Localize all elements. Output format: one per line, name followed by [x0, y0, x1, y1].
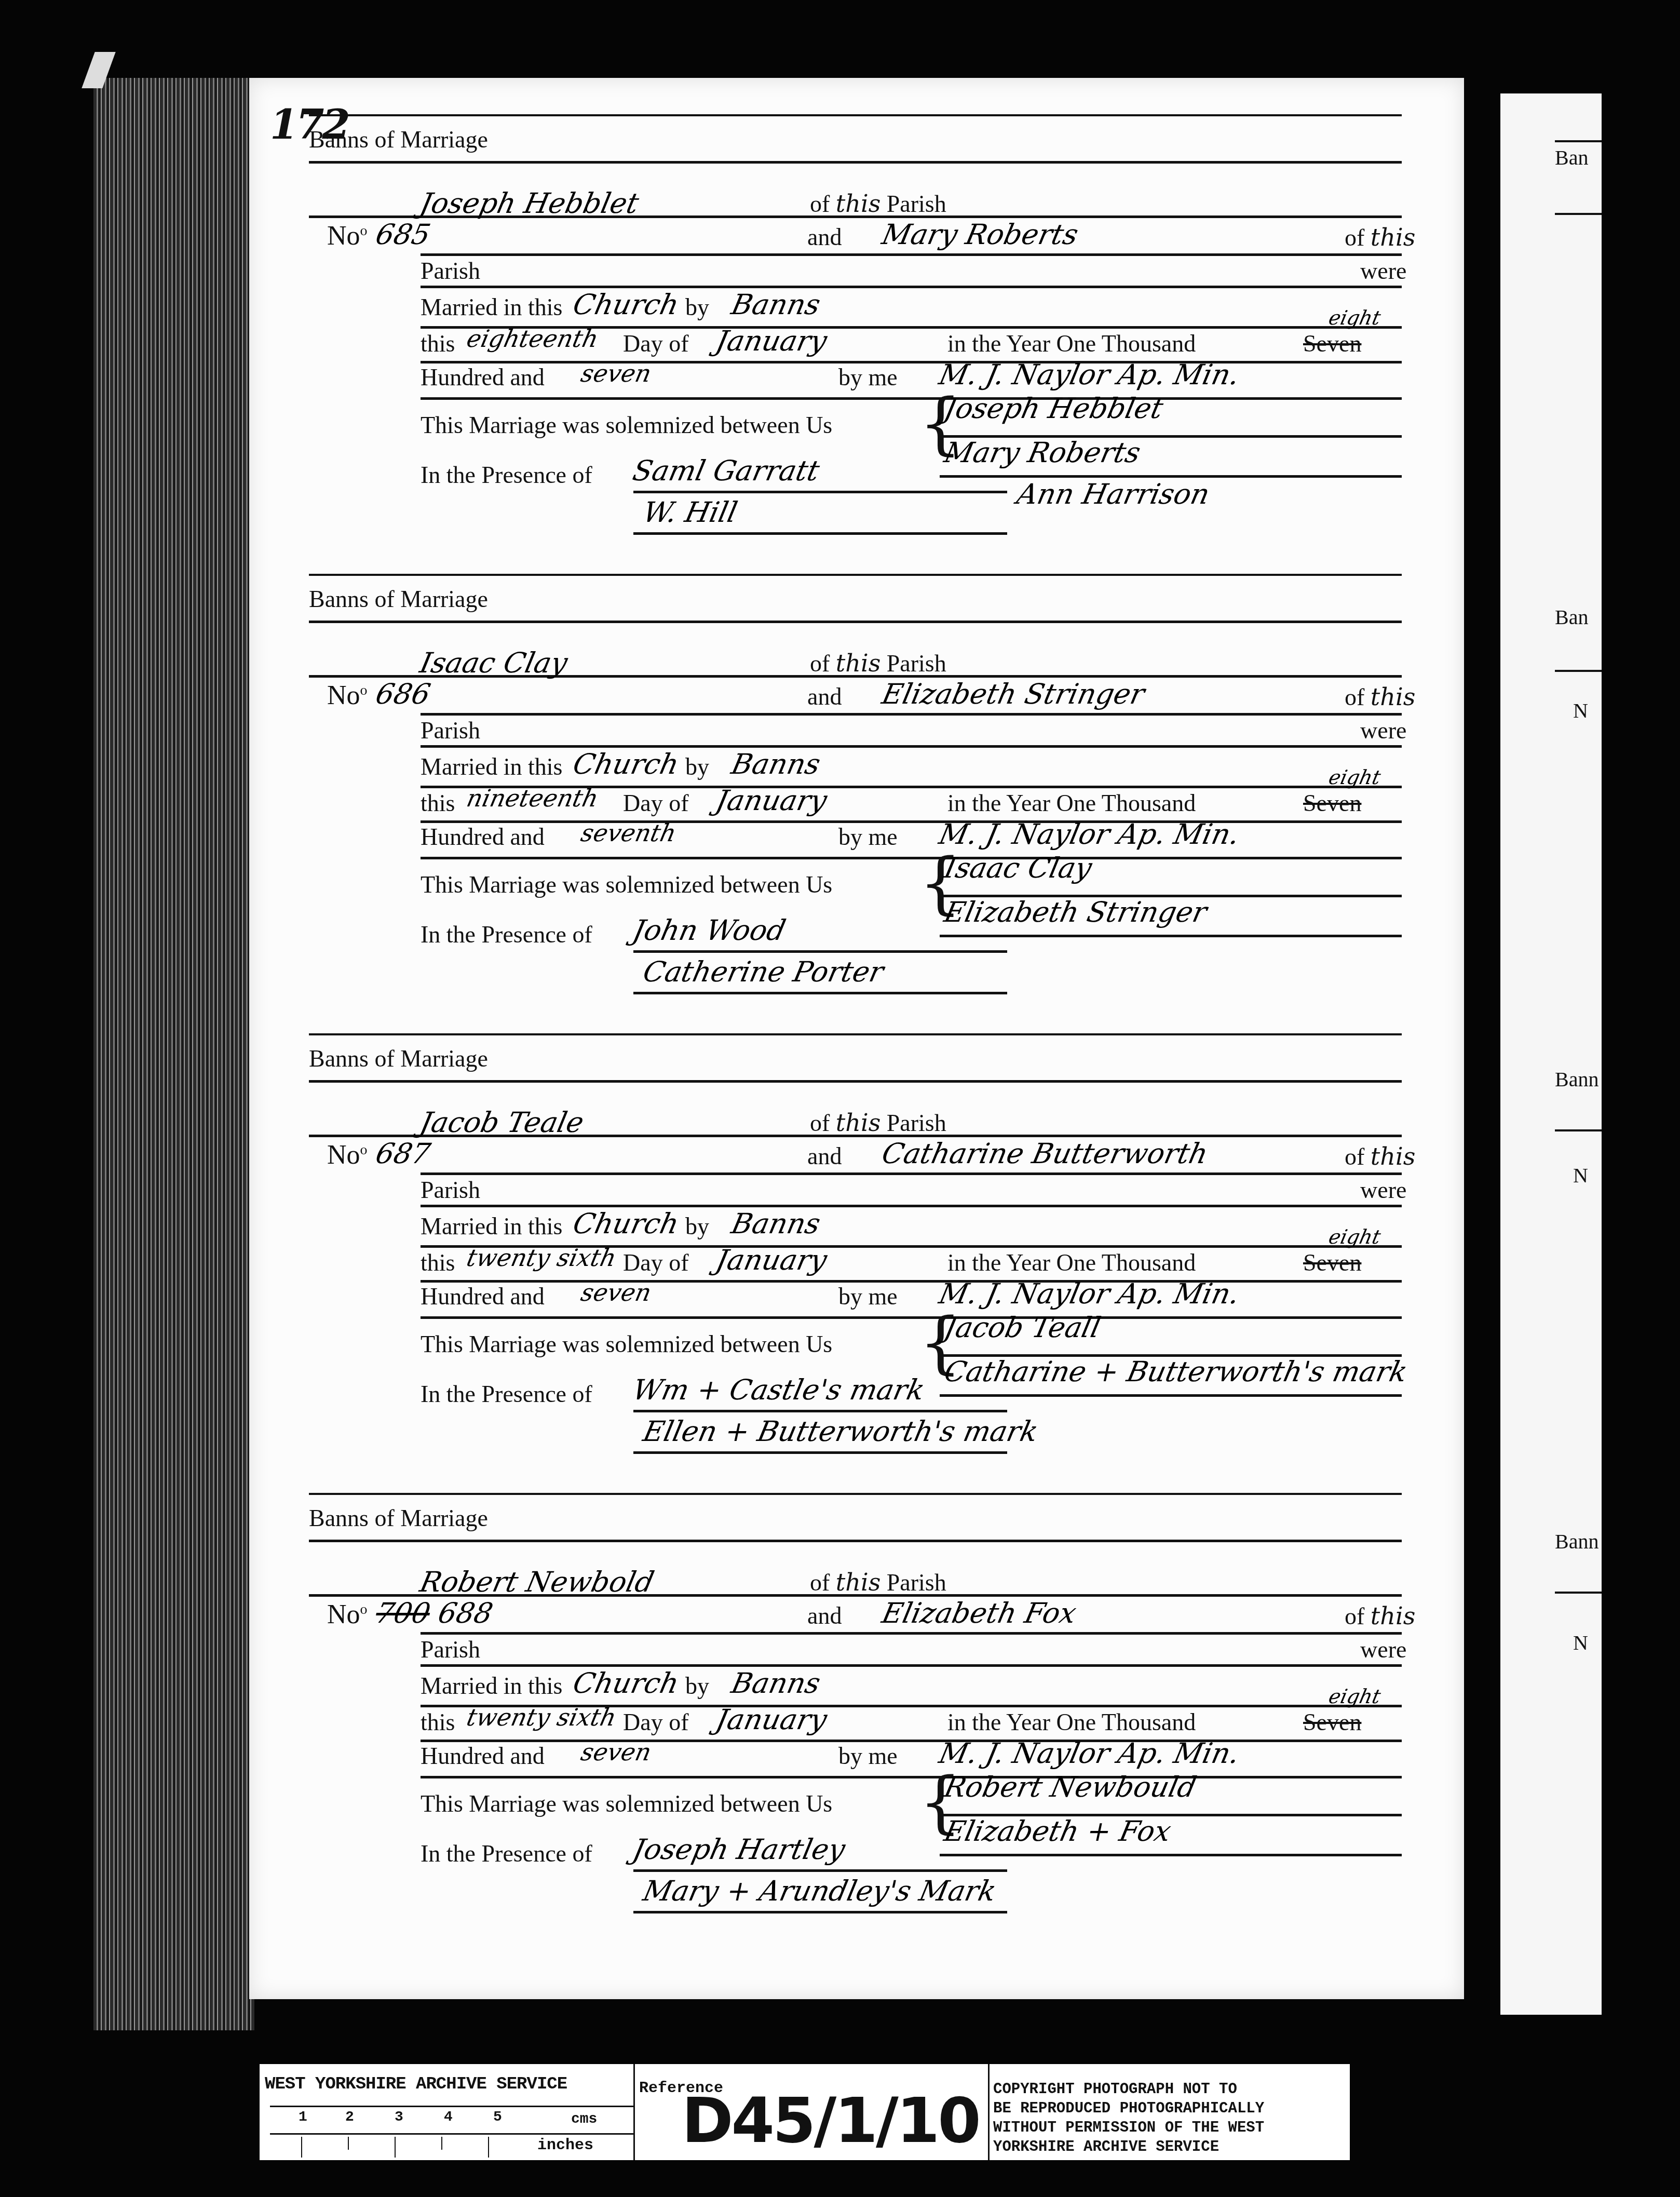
bride-of-label: of this [1345, 683, 1415, 711]
adjacent-no: N [1573, 1630, 1588, 1655]
bride-of-label: of this [1345, 1142, 1415, 1170]
by-label: by [685, 1212, 709, 1240]
entry-number: 686 [373, 678, 433, 710]
rule [940, 1394, 1402, 1397]
year-century-struck: Seven [1303, 1249, 1361, 1276]
number-label: Noo [327, 1140, 368, 1170]
parish-label: Parish [421, 257, 480, 285]
minister: M. J. Naylor Ap. Min. [936, 1277, 1242, 1310]
married-in-label: Married in this [421, 1212, 562, 1240]
number-label: Noo [327, 1599, 368, 1630]
solemnized-label: This Marriage was solemnized between Us [421, 411, 832, 439]
and-label: and [807, 223, 842, 251]
day-of-label: Day of [623, 330, 688, 357]
place: Church [570, 1207, 682, 1240]
year-label: in the Year One Thousand [947, 789, 1196, 817]
of-parish-label: of this Parish [810, 190, 946, 218]
year-century: eight [1326, 1225, 1383, 1248]
rule [421, 745, 1402, 748]
adjacent-heading: Ban [1555, 605, 1588, 629]
rule [633, 491, 1007, 493]
by-me-label: by me [838, 1283, 898, 1310]
witness-3: Ann Harrison [1014, 478, 1212, 510]
day: twenty sixth [464, 1244, 619, 1272]
rule [309, 1080, 1402, 1083]
rule [309, 621, 1402, 623]
rule [633, 992, 1007, 994]
bride-name: Elizabeth Stringer [879, 678, 1147, 710]
day: eighteenth [464, 325, 601, 353]
adjacent-no: N [1573, 1163, 1588, 1188]
and-label: and [807, 683, 842, 710]
by-label: by [685, 293, 709, 321]
copyright-notice: COPYRIGHT PHOTOGRAPH NOT TO BE REPRODUCE… [993, 2080, 1264, 2156]
married-in-label: Married in this [421, 753, 562, 780]
adjacent-no: N [1573, 698, 1588, 723]
rule [633, 1869, 1007, 1872]
minister: M. J. Naylor Ap. Min. [936, 1737, 1242, 1770]
number-label: Noo [327, 221, 368, 251]
witness-2: Catherine Porter [640, 955, 886, 988]
and-label: and [807, 1142, 842, 1170]
year-century: eight [1326, 1685, 1383, 1708]
bride-signature: Mary Roberts [941, 436, 1143, 469]
rule [421, 286, 1402, 288]
rule [633, 1451, 1007, 1454]
archive-org: WEST YORKSHIRE ARCHIVE SERVICE [265, 2074, 567, 2094]
by-me-label: by me [838, 363, 898, 391]
solemnized-label: This Marriage was solemnized between Us [421, 871, 832, 898]
rule [421, 361, 1402, 363]
year-century: eight [1326, 766, 1383, 789]
bride-name: Catharine Butterworth [879, 1137, 1211, 1170]
marriage-entry: Banns of Marriage Joseph Hebblet of this… [249, 114, 1464, 561]
adjacent-heading: Bann [1555, 1067, 1598, 1091]
adjacent-heading: Bann [1555, 1529, 1598, 1554]
rule [421, 1632, 1402, 1635]
year-label: in the Year One Thousand [947, 330, 1196, 357]
minister: M. J. Naylor Ap. Min. [936, 358, 1242, 391]
entry-number: 700 688 [373, 1597, 496, 1629]
rule [421, 820, 1402, 823]
entry-number: 687 [373, 1137, 433, 1170]
inch-unit: inches [537, 2137, 593, 2154]
adjacent-heading: Ban [1555, 145, 1588, 170]
by-me-label: by me [838, 1742, 898, 1770]
day-of-label: Day of [623, 1708, 688, 1736]
solemnized-label: This Marriage was solemnized between Us [421, 1790, 832, 1817]
month: January [713, 1244, 830, 1276]
year-century-struck: Seven [1303, 330, 1361, 357]
hundred-label: Hundred and [421, 1742, 545, 1770]
year-rest: seven [578, 1738, 654, 1766]
by-label: by [685, 1672, 709, 1700]
year-century: eight [1326, 306, 1383, 329]
parish-label: Parish [421, 1636, 480, 1663]
reference-panel: Reference D45/1/10 [635, 2064, 990, 2160]
month: January [713, 1703, 830, 1736]
rule [421, 397, 1402, 400]
divider [309, 1033, 1402, 1035]
year-rest: seven [578, 1278, 654, 1306]
month: January [713, 325, 830, 357]
presence-label: In the Presence of [421, 1840, 592, 1867]
entry-heading: Banns of Marriage [309, 585, 488, 613]
bride-signature: Elizabeth + Fox [941, 1815, 1174, 1848]
day-of-label: Day of [623, 789, 688, 817]
this-label: this [421, 1249, 455, 1276]
cm-tick-label: 1 [299, 2109, 307, 2125]
rule [421, 713, 1402, 716]
hundred-label: Hundred and [421, 1283, 545, 1310]
hundred-label: Hundred and [421, 363, 545, 391]
hundred-label: Hundred and [421, 823, 545, 851]
rule [421, 1280, 1402, 1283]
archive-label: WEST YORKSHIRE ARCHIVE SERVICE 1 2 3 4 5… [260, 2064, 1350, 2160]
bride-name: Mary Roberts [879, 218, 1081, 251]
by-method: Banns [728, 1207, 823, 1240]
were-label: were [1360, 257, 1406, 285]
by-method: Banns [728, 748, 823, 780]
were-label: were [1360, 717, 1406, 744]
rule [421, 253, 1402, 256]
groom-signature: Jacob Teall [941, 1311, 1103, 1344]
bride-of-label: of this [1345, 223, 1415, 251]
rule [309, 161, 1402, 164]
year-rest: seventh [578, 819, 679, 847]
cm-tick-label: 4 [444, 2109, 453, 2125]
by-label: by [685, 753, 709, 780]
this-label: this [421, 330, 455, 357]
bride-signature: Catharine + Butterworth's mark [941, 1355, 1410, 1388]
groom-name: Jacob Teale [417, 1106, 587, 1139]
rule [940, 935, 1402, 937]
rule [633, 950, 1007, 953]
place: Church [570, 288, 682, 321]
witness-1: Joseph Hartley [630, 1833, 848, 1866]
of-parish-label: of this Parish [810, 649, 946, 677]
by-method: Banns [728, 288, 823, 321]
copyright-panel: COPYRIGHT PHOTOGRAPH NOT TO BE REPRODUCE… [989, 2064, 1347, 2160]
witness-2: Ellen + Butterworth's mark [640, 1415, 1041, 1448]
entry-heading: Banns of Marriage [309, 1045, 488, 1072]
cm-tick-label: 3 [395, 2109, 403, 2125]
rule [421, 1664, 1402, 1667]
bride-of-label: of this [1345, 1602, 1415, 1630]
parish-label: Parish [421, 1176, 480, 1204]
groom-name: Robert Newbold [417, 1566, 657, 1598]
marriage-entry: Banns of Marriage Jacob Teale of this Pa… [249, 1033, 1464, 1480]
cm-tick-label: 2 [345, 2109, 354, 2125]
rule [421, 1205, 1402, 1207]
rule [633, 1410, 1007, 1412]
married-in-label: Married in this [421, 1672, 562, 1700]
bride-signature: Elizabeth Stringer [941, 896, 1210, 928]
groom-signature: Joseph Hebblet [941, 392, 1166, 425]
witness-1: John Wood [630, 914, 789, 947]
were-label: were [1360, 1636, 1406, 1663]
witness-1: Saml Garratt [630, 454, 822, 487]
by-me-label: by me [838, 823, 898, 851]
day-of-label: Day of [623, 1249, 688, 1276]
cm-tick-label: 5 [493, 2109, 502, 2125]
month: January [713, 784, 830, 817]
witness-2: Mary + Arundley's Mark [640, 1875, 999, 1907]
book-spine [93, 78, 254, 2030]
bride-name: Elizabeth Fox [879, 1597, 1079, 1629]
year-label: in the Year One Thousand [947, 1708, 1196, 1736]
year-rest: seven [578, 359, 654, 387]
rule [421, 1776, 1402, 1778]
place: Church [570, 1667, 682, 1700]
day: twenty sixth [464, 1703, 619, 1731]
scale-panel: WEST YORKSHIRE ARCHIVE SERVICE 1 2 3 4 5… [260, 2064, 635, 2160]
entry-number: 685 [373, 218, 433, 251]
marriage-entry: Banns of Marriage Robert Newbold of this… [249, 1493, 1464, 1939]
witness-1: Wm + Castle's mark [630, 1373, 927, 1406]
rule [940, 1854, 1402, 1856]
divider [309, 574, 1402, 576]
by-method: Banns [728, 1667, 823, 1700]
divider [309, 1493, 1402, 1495]
groom-name: Joseph Hebblet [417, 187, 642, 220]
cm-scale: 1 2 3 4 5 cms [270, 2106, 633, 2135]
cm-unit: cms [571, 2111, 597, 2127]
witness-2: W. Hill [640, 496, 740, 529]
year-century-struck: Seven [1303, 789, 1361, 817]
rule [421, 1740, 1402, 1742]
adjacent-page: Ban Ban N Bann N Bann N [1500, 93, 1602, 2015]
place: Church [570, 748, 682, 780]
rule [633, 1911, 1007, 1913]
page-number: 172 [270, 101, 348, 149]
rule [421, 1316, 1402, 1319]
entry-heading: Banns of Marriage [309, 1504, 488, 1532]
of-parish-label: of this Parish [810, 1109, 946, 1137]
day: nineteenth [464, 784, 601, 812]
marriage-entry: Banns of Marriage Isaac Clay of this Par… [249, 574, 1464, 1020]
groom-signature: Isaac Clay [941, 852, 1095, 884]
rule [421, 857, 1402, 859]
presence-label: In the Presence of [421, 1380, 592, 1408]
married-in-label: Married in this [421, 293, 562, 321]
minister: M. J. Naylor Ap. Min. [936, 818, 1242, 851]
this-label: this [421, 1708, 455, 1736]
parish-label: Parish [421, 717, 480, 744]
were-label: were [1360, 1176, 1406, 1204]
and-label: and [807, 1602, 842, 1629]
year-century-struck: Seven [1303, 1708, 1361, 1736]
register-page: Banns of Marriage Joseph Hebblet of this… [249, 78, 1464, 1999]
this-label: this [421, 789, 455, 817]
groom-signature: Robert Newbould [941, 1771, 1199, 1803]
divider [309, 114, 1402, 116]
reference-code: D45/1/10 [682, 2085, 979, 2157]
rule [309, 1540, 1402, 1542]
year-label: in the Year One Thousand [947, 1249, 1196, 1276]
solemnized-label: This Marriage was solemnized between Us [421, 1330, 832, 1358]
of-parish-label: of this Parish [810, 1568, 946, 1596]
rule [633, 532, 1007, 535]
rule [421, 1172, 1402, 1175]
presence-label: In the Presence of [421, 921, 592, 948]
groom-name: Isaac Clay [417, 646, 571, 679]
presence-label: In the Presence of [421, 461, 592, 489]
number-label: Noo [327, 680, 368, 711]
